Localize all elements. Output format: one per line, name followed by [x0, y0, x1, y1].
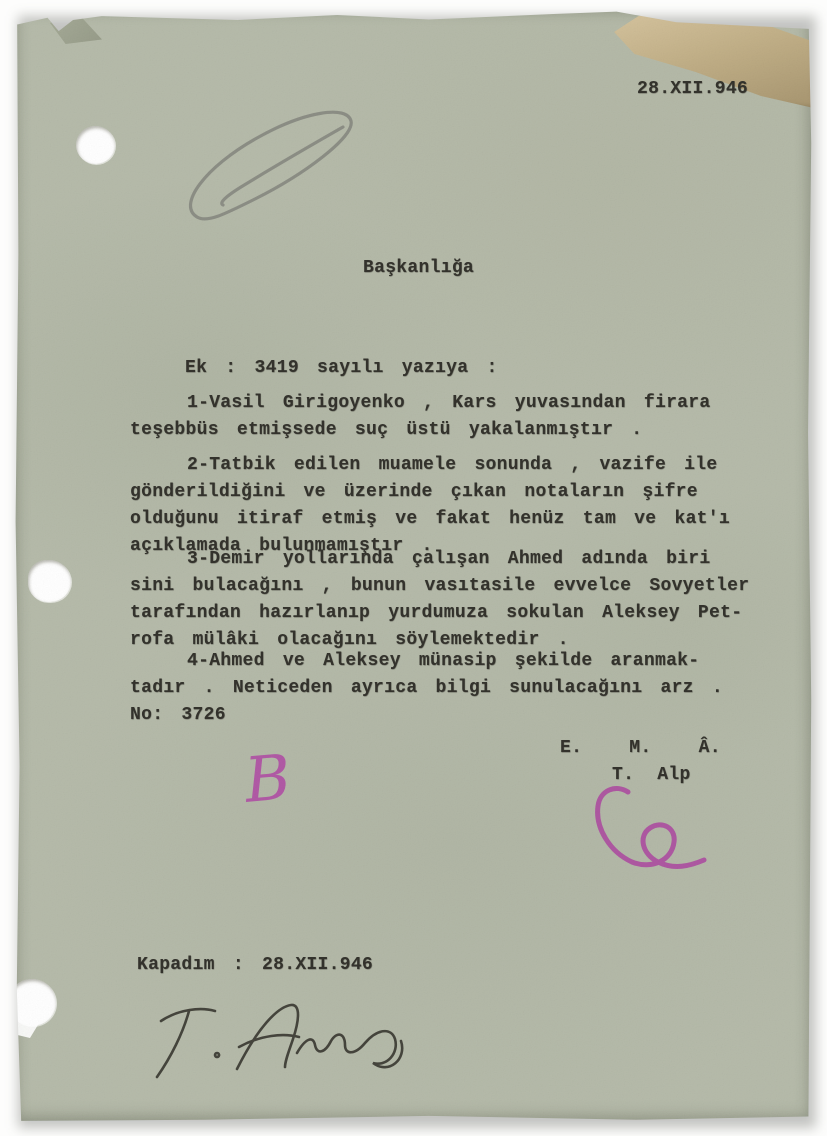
punch-hole-middle — [28, 560, 71, 602]
paragraph-line: gönderildiğini ve üzerinde çıkan notalar… — [130, 479, 730, 506]
paragraph-line: teşebbüs etmişsede suç üstü yakalanmıştı… — [130, 417, 710, 444]
date-stamp: 28.XII.946 — [637, 76, 748, 103]
paragraph-line: 1-Vasil Girigoyenko , Kars yuvasından fi… — [130, 390, 710, 417]
handwritten-signature — [145, 995, 425, 1085]
paragraph-line: 3-Demir yollarında çalışan Ahmed adında … — [130, 546, 749, 573]
signature-org-initials: E. M. Â. — [560, 735, 721, 762]
paragraph-line: tarafından hazırlanıp yurdumuza sokulan … — [130, 600, 749, 627]
document-page: 28.XII.946 Başkanlığa Ek : 3419 sayılı y… — [14, 10, 812, 1122]
handwritten-letter-b: B — [242, 746, 293, 812]
paragraph-line: tadır . Neticeden ayrıca bilgi sunulacağ… — [130, 675, 723, 702]
document-title: Başkanlığa — [363, 255, 474, 282]
paragraph-line: 2-Tatbik edilen muamele sonunda , vazife… — [130, 452, 730, 479]
paragraph-line: 4-Ahmed ve Aleksey münasip şekilde aranm… — [130, 648, 723, 675]
document-number: No: 3726 — [130, 702, 723, 729]
paragraph-3: 3-Demir yollarında çalışan Ahmed adında … — [130, 546, 749, 654]
handwritten-paraph — [572, 782, 717, 882]
punch-hole-tear — [12, 1016, 42, 1038]
scanned-document: 28.XII.946 Başkanlığa Ek : 3419 sayılı y… — [0, 0, 827, 1136]
paragraph-line: olduğunu itiraf etmiş ve fakat henüz tam… — [130, 506, 730, 533]
paragraph-1: 1-Vasil Girigoyenko , Kars yuvasından fi… — [130, 390, 710, 444]
signature-typed-name: T. Alp — [612, 762, 691, 789]
paragraph-4: 4-Ahmed ve Aleksey münasip şekilde aranm… — [130, 648, 723, 729]
paragraph-line: sini bulacağını , bunun vasıtasile evvel… — [130, 573, 749, 600]
closing-date-line: Kapadım : 28.XII.946 — [137, 952, 373, 979]
reference-line: Ek : 3419 sayılı yazıya : — [185, 355, 498, 382]
paragraph-2: 2-Tatbik edilen muamele sonunda , vazife… — [130, 452, 730, 560]
punch-hole-top — [76, 126, 115, 164]
pencil-scribble — [175, 105, 370, 230]
